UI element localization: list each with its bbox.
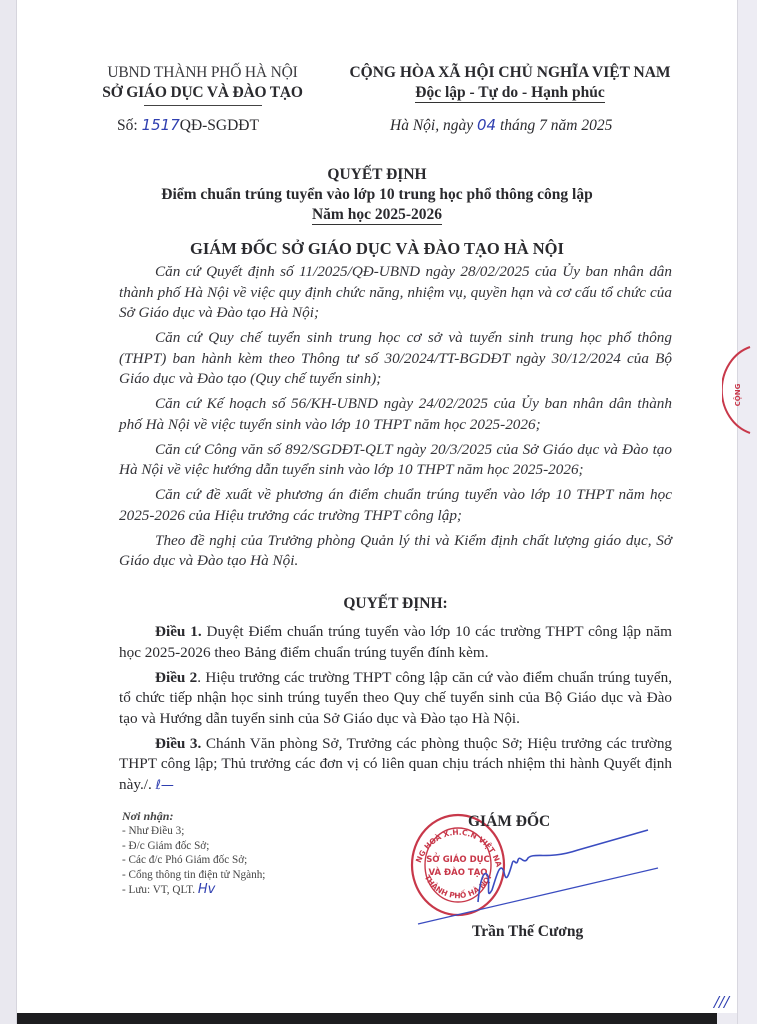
recipient-item: - Đ/c Giám đốc Sở; — [122, 839, 265, 854]
left-page-edge — [0, 0, 17, 1024]
handwritten-signature-icon — [408, 820, 668, 930]
recipient-item: - Cổng thông tin điện tử Ngành; — [122, 868, 265, 883]
agency-parent: UBND THÀNH PHỐ HÀ NỘI — [95, 63, 310, 83]
doc-number-suffix: QĐ-SGDĐT — [180, 117, 259, 134]
decision-heading: QUYẾT ĐỊNH: — [119, 594, 672, 615]
recipients-heading: Nơi nhận: — [122, 809, 265, 824]
doc-subject: Điểm chuẩn trúng tuyển vào lớp 10 trung … — [17, 185, 737, 205]
handwritten-initial: Hv — [198, 882, 215, 897]
next-page-edge — [737, 0, 757, 1024]
ground-item: Căn cứ Kế hoạch số 56/KH-UBND ngày 24/02… — [119, 394, 672, 435]
date-prefix: Hà Nội, ngày — [390, 117, 477, 134]
agency-underline — [144, 105, 262, 106]
ground-item: Căn cứ Quy chế tuyển sinh trung học cơ s… — [119, 328, 672, 390]
national-motto: Độc lập - Tự do - Hạnh phúc — [415, 84, 604, 103]
article-3: Điều 3. Chánh Văn phòng Sở, Trưởng các p… — [119, 734, 672, 797]
partial-seal-icon: CỘNG — [722, 345, 752, 435]
svg-text:CỘNG: CỘNG — [733, 383, 742, 406]
date-suffix: tháng 7 năm 2025 — [496, 117, 612, 134]
ground-item: Theo đề nghị của Trưởng phòng Quản lý th… — [119, 531, 672, 572]
recipient-item: - Như Điều 3; — [122, 824, 265, 839]
article-text: Duyệt Điểm chuẩn trúng tuyển vào lớp 10 … — [119, 623, 672, 661]
recipient-item: - Lưu: VT, QLT. Hv — [122, 883, 265, 898]
date-day-handwritten: 04 — [477, 116, 496, 134]
doc-number-handwritten: 1517 — [142, 116, 180, 134]
doc-number-prefix: Số: — [117, 117, 142, 134]
ground-item: Căn cứ đề xuất về phương án điểm chuẩn t… — [119, 485, 672, 526]
article-label: Điều 1. — [155, 623, 202, 640]
recipients-list: Nơi nhận: - Như Điều 3; - Đ/c Giám đốc S… — [122, 809, 265, 898]
country-name: CỘNG HÒA XÃ HỘI CHỦ NGHĨA VIỆT NAM — [322, 63, 698, 83]
agency-name: SỞ GIÁO DỤC VÀ ĐÀO TẠO — [95, 83, 310, 103]
article-text: Chánh Văn phòng Sở, Trưởng các phòng thu… — [119, 735, 672, 793]
national-header: CỘNG HÒA XÃ HỘI CHỦ NGHĨA VIỆT NAM Độc l… — [322, 63, 698, 103]
ground-item: Căn cứ Công văn số 892/SGDĐT-QLT ngày 20… — [119, 440, 672, 481]
recipient-item: - Các đ/c Phó Giám đốc Sở; — [122, 853, 265, 868]
document-number: Số: 1517QĐ-SGDĐT — [117, 116, 259, 135]
signer-name: Trần Thế Cương — [472, 923, 583, 941]
article-2: Điều 2. Hiệu trưởng các trường THPT công… — [119, 668, 672, 730]
school-year: Năm học 2025-2026 — [312, 206, 442, 225]
agency-header: UBND THÀNH PHỐ HÀ NỘI SỞ GIÁO DỤC VÀ ĐÀO… — [95, 63, 310, 106]
bottom-dark-strip — [17, 1013, 717, 1024]
article-1: Điều 1. Duyệt Điểm chuẩn trúng tuyển vào… — [119, 622, 672, 663]
document-date: Hà Nội, ngày 04 tháng 7 năm 2025 — [390, 116, 612, 135]
document-body: Căn cứ Quyết định số 11/2025/QĐ-UBND ngà… — [119, 262, 672, 801]
article-label: Điều 2 — [155, 669, 197, 686]
handwritten-initial: ℓ— — [156, 778, 174, 793]
issuer-title: GIÁM ĐỐC SỞ GIÁO DỤC VÀ ĐÀO TẠO HÀ NỘI — [17, 239, 737, 259]
title-block: QUYẾT ĐỊNH Điểm chuẩn trúng tuyển vào lớ… — [17, 165, 737, 259]
article-label: Điều 3. — [155, 735, 201, 752]
doc-type-title: QUYẾT ĐỊNH — [17, 165, 737, 185]
article-text: . Hiệu trưởng các trường THPT công lập c… — [119, 669, 672, 727]
corner-initial: /// — [714, 992, 729, 1013]
ground-item: Căn cứ Quyết định số 11/2025/QĐ-UBND ngà… — [119, 262, 672, 324]
